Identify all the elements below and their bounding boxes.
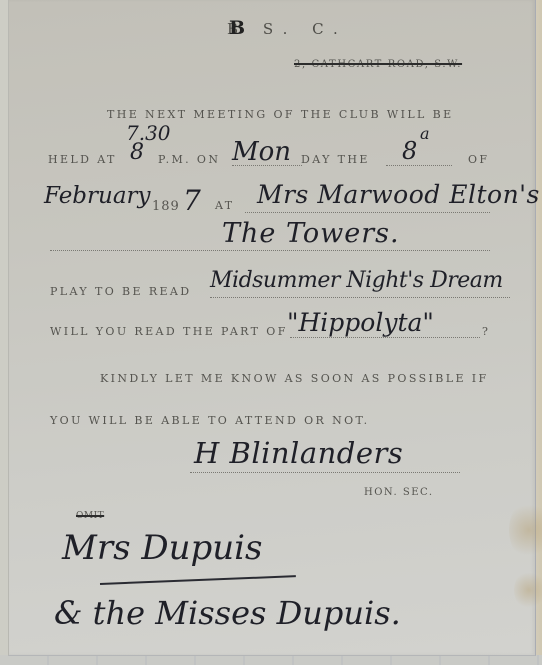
part-label: WILL YOU READ THE PART OF xyxy=(50,325,288,338)
handwritten-month: February xyxy=(44,183,151,209)
kindly-line-2: YOU WILL BE ABLE TO ATTEND OR NOT. xyxy=(50,414,370,427)
date-dotted-line xyxy=(386,165,452,166)
handwritten-date-suffix: a xyxy=(420,124,430,143)
play-dotted-line xyxy=(210,297,510,298)
recipient-line-2: & the Misses Dupuis. xyxy=(54,594,401,632)
question-mark: ? xyxy=(482,325,490,338)
kindly-line-1: KINDLY LET ME KNOW AS SOON AS POSSIBLE I… xyxy=(100,372,489,385)
handwritten-date: 8 xyxy=(402,137,417,165)
foxing-stain xyxy=(514,570,542,610)
handwritten-venue-line-2: The Towers. xyxy=(222,218,400,249)
handwritten-venue-line-1: Mrs Marwood Elton's xyxy=(257,180,540,209)
foxing-stain xyxy=(509,500,542,560)
club-initials: BB S. C. xyxy=(232,20,348,38)
venue-dotted-line-1 xyxy=(245,212,490,213)
handwritten-day: Mon xyxy=(232,137,291,167)
at-label: AT xyxy=(215,199,234,212)
handwritten-initial: B xyxy=(229,17,245,39)
day-the-label: DAY THE xyxy=(301,153,370,166)
play-label: PLAY TO BE READ xyxy=(50,285,192,298)
year-prefix: 189 xyxy=(152,199,180,214)
recipient-line-1: Mrs Dupuis xyxy=(62,528,262,568)
hon-sec-label: HON. SEC. xyxy=(364,487,434,498)
part-dotted-line xyxy=(290,337,480,338)
handwritten-year-digit: 7 xyxy=(183,184,201,217)
signature-dotted-line xyxy=(190,472,460,473)
venue-dotted-line-2 xyxy=(50,250,490,251)
handwritten-part: "Hippolyta" xyxy=(287,308,434,337)
omit-label: OMIT xyxy=(76,511,104,521)
struck-address: 2, CATHCART ROAD, S.W. xyxy=(294,59,462,70)
held-at-label: HELD AT xyxy=(48,153,117,166)
meeting-line-1: THE NEXT MEETING OF THE CLUB WILL BE xyxy=(107,108,454,121)
handwritten-time-corrected: 7.30 xyxy=(126,121,171,145)
of-label: OF xyxy=(468,153,489,166)
pm-on-label: P.M. ON xyxy=(158,153,220,166)
handwritten-play: Midsummer Night's Dream xyxy=(210,268,503,293)
club-initials-text: B S. C. xyxy=(227,20,348,38)
ruled-backing-strip xyxy=(0,655,542,665)
handwritten-signature: H Blinlanders xyxy=(194,436,403,470)
